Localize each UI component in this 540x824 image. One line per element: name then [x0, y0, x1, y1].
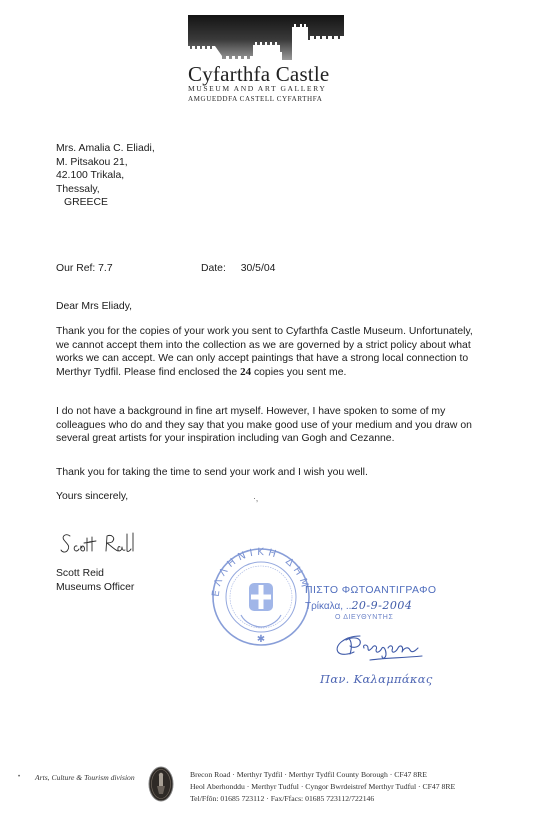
museum-subtitle: MUSEUM AND ART GALLERY	[188, 84, 344, 94]
address-country: GREECE	[56, 196, 155, 210]
salutation: Dear Mrs Eliady,	[56, 300, 132, 314]
stamp-certification: ΠΙΣΤΟ ΦΩΤΟΑΝΤΙΓΡΑΦΟ	[305, 584, 437, 596]
recipient-address: Mrs. Amalia C. Eliadi, M. Pitsakou 21, 4…	[56, 142, 155, 210]
address-line: M. Pitsakou 21,	[56, 156, 155, 170]
castle-silhouette-icon	[188, 12, 344, 62]
signer-block: Scott Reid Museums Officer	[56, 567, 134, 594]
official-seal-stamp: ΕΛΛΗΝΙΚΗ ΔΗΜΟΚΡΑΤΙΑ ✱	[205, 535, 315, 655]
signer-title: Museums Officer	[56, 581, 134, 595]
footer-address-line: Brecon Road · Merthyr Tydfil · Merthyr T…	[190, 769, 455, 781]
ref-label: Our Ref:	[56, 263, 95, 274]
footer-address: Brecon Road · Merthyr Tydfil · Merthyr T…	[190, 769, 455, 805]
stamp-place-date: Τρίκαλα, ..20-9-2004	[305, 599, 412, 612]
closing: Yours sincerely,	[56, 490, 128, 504]
stamp-handwritten-date: 20-9-2004	[351, 599, 412, 612]
address-line: Mrs. Amalia C. Eliadi,	[56, 142, 155, 156]
footer-bullet: •	[18, 774, 20, 780]
museum-name: Cyfarthfa Castle	[188, 64, 344, 84]
letterhead-logo: Cyfarthfa Castle MUSEUM AND ART GALLERY …	[188, 12, 344, 104]
council-crest-icon	[148, 766, 174, 802]
ref-value: 7.7	[98, 263, 112, 274]
paragraph-1: Thank you for the copies of your work yo…	[56, 325, 486, 379]
footer-contact-line: Tel/Ffôn: 01685 723112 · Fax/Ffacs: 0168…	[190, 793, 455, 805]
ink-speck: ·‚	[253, 493, 258, 503]
address-line: Thessaly,	[56, 183, 155, 197]
signer-name: Scott Reid	[56, 567, 134, 581]
paragraph-1-end: copies you sent me.	[251, 367, 346, 378]
footer-division: Arts, Culture & Tourism division	[35, 773, 135, 782]
footer-address-line: Heol Aberhonddu · Merthyr Tudful · Cyngo…	[190, 781, 455, 793]
address-line: 42.100 Trikala,	[56, 169, 155, 183]
museum-welsh-subtitle: AMGUEDDFA CASTELL CYFARTHFA	[188, 94, 344, 104]
date-label: Date:	[201, 263, 226, 274]
our-ref: Our Ref: 7.7	[56, 262, 113, 276]
date-value: 30/5/04	[241, 263, 276, 274]
paragraph-3: Thank you for taking the time to send yo…	[56, 466, 486, 480]
paragraph-2: I do not have a background in fine art m…	[56, 405, 486, 446]
letter-date: Date: 30/5/04	[201, 262, 275, 276]
stamp-official-name: Παν. Καλαμπάκας	[320, 672, 433, 686]
official-signature	[330, 630, 430, 666]
stamp-role: Ο ΔΙΕΥΘΥΝΤΗΣ	[335, 614, 393, 621]
svg-text:✱: ✱	[257, 634, 265, 645]
copies-count: 24	[240, 366, 251, 378]
stamp-place: Τρίκαλα,	[305, 601, 343, 612]
handwritten-signature	[60, 530, 140, 558]
